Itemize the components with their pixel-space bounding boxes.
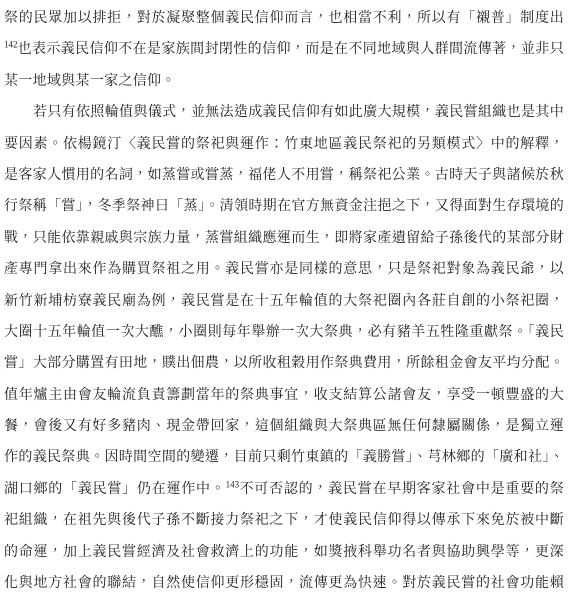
text-segment: 作的義民祭典。因時間空間的變遷，目前只剩竹東鎮的「義勝嘗」、芎林鄉的「廣和社」、 (4, 450, 564, 465)
text-line-11: 大圈十五年輪值一次大醮，小圈則每年舉辦一次大祭典，必有豬羊五牲隆重獻祭。「義民 (4, 317, 564, 348)
text-segment: 值年爐主由會友輪流負責籌劃當年的祭典事宜，收支結算公諸會友，享受一頓豐盛的大 (4, 388, 564, 403)
footnote-ref-143: 143 (226, 479, 240, 489)
document-page: 祭的民眾加以排拒，對於凝聚整個義民信仰而言，也相當不利，所以有「襯普」制度出現。… (0, 0, 568, 600)
text-line-16: 湖口鄉的「義民嘗」仍在運作中。143不可否認的，義民嘗在早期客家社會中是重要的祭 (4, 474, 564, 505)
text-line-13: 值年爐主由會友輪流負責籌劃當年的祭典事宜，收支結算公諸會友，享受一頓豐盛的大 (4, 380, 564, 411)
text-segment: 戰，只能依靠親戚與宗族力量，蒸嘗組織應運而生，即將家產遺留給子孫後代的某部分財 (4, 231, 564, 246)
text-line-19: 化與地方社會的聯結，自然使信仰更形穩固，流傳更為快速。對於義民嘗的社會功能賴 (4, 568, 564, 599)
text-line-17: 祀組織，在祖先與後代子孫不斷接力祭祀之下，才使義民信仰得以傳承下來免於被中斷 (4, 505, 564, 536)
text-body: 祭的民眾加以排拒，對於凝聚整個義民信仰而言，也相當不利，所以有「襯普」制度出現。… (4, 3, 564, 599)
text-line-14: 餐，會後又有好多豬肉、現金帶回家，這個組織與大祭典區無任何隸屬關係，是獨立運 (4, 411, 564, 442)
text-line-3: 某一地域與某一家之信仰。 (4, 66, 564, 97)
text-segment: 要因素。依楊鏡汀〈義民嘗的祭祀與運作：竹東地區義民祭祀的另類模式〉中的解釋，「嘗… (4, 137, 564, 160)
text-segment: 祭的民眾加以排拒，對於凝聚整個義民信仰而言，也相當不利，所以有「襯普」制度出現。 (4, 11, 564, 34)
text-line-8: 戰，只能依靠親戚與宗族力量，蒸嘗組織應運而生，即將家產遺留給子孫後代的某部分財 (4, 223, 564, 254)
text-segment: 餐，會後又有好多豬肉、現金帶回家，這個組織與大祭典區無任何隸屬關係，是獨立運 (4, 419, 564, 434)
text-segment: 湖口鄉的「義民嘗」仍在運作中。 (4, 482, 226, 497)
text-segment: 的命運，加上義民嘗經濟及社會救濟上的功能，如獎掖科舉功名者與協助興學等，更深 (4, 545, 564, 560)
text-segment: 新竹新埔枋寮義民廟為例，義民嘗是在十五年輪值的大祭祀圈內各莊自創的小祭祀圈， (4, 294, 564, 309)
text-segment: 也表示義民信仰不在是家族間封閉性的信仰，而是在不同地域與人群間流傳著，並非只限 (4, 42, 564, 65)
text-segment: 產專門拿出來作為購買祭祖之用。義民嘗亦是同樣的意思，只是祭祀對象為義民爺，以 (4, 262, 564, 277)
footnote-ref-142: 142 (4, 40, 18, 50)
text-segment: 是客家人慣用的名詞，如蒸嘗或嘗蒸，福佬人不用嘗，稱祭祀公業。古時天子與諸候於秋季 (4, 168, 564, 191)
text-segment: 祀組織，在祖先與後代子孫不斷接力祭祀之下，才使義民信仰得以傳承下來免於被中斷 (4, 513, 564, 528)
text-line-6: 是客家人慣用的名詞，如蒸嘗或嘗蒸，福佬人不用嘗，稱祭祀公業。古時天子與諸候於秋季 (4, 160, 564, 191)
text-line-18: 的命運，加上義民嘗經濟及社會救濟上的功能，如獎掖科舉功名者與協助興學等，更深 (4, 537, 564, 568)
text-segment: 嘗」大部分購置有田地，贌出佃農，以所收租穀用作祭典費用，所餘租金會友平均分配。 (4, 356, 564, 371)
text-line-4: 若只有依照輪值與儀式，並無法造成義民信仰有如此廣大規模，義民嘗組織也是其中重 (4, 97, 564, 128)
text-line-5: 要因素。依楊鏡汀〈義民嘗的祭祀與運作：竹東地區義民祭祀的另類模式〉中的解釋，「嘗… (4, 129, 564, 160)
text-line-10: 新竹新埔枋寮義民廟為例，義民嘗是在十五年輪值的大祭祀圈內各莊自創的小祭祀圈， (4, 286, 564, 317)
text-segment: 某一地域與某一家之信仰。 (4, 74, 176, 89)
text-line-2: 142也表示義民信仰不在是家族間封閉性的信仰，而是在不同地域與人群間流傳著，並非… (4, 34, 564, 65)
text-line-1: 祭的民眾加以排拒，對於凝聚整個義民信仰而言，也相當不利，所以有「襯普」制度出現。 (4, 3, 564, 34)
text-segment: 不可否認的，義民嘗在早期客家社會中是重要的祭 (239, 482, 564, 497)
text-line-12: 嘗」大部分購置有田地，贌出佃農，以所收租穀用作祭典費用，所餘租金會友平均分配。 (4, 348, 564, 379)
text-segment: 大圈十五年輪值一次大醮，小圈則每年舉辦一次大祭典，必有豬羊五牲隆重獻祭。「義民 (4, 325, 564, 340)
text-line-15: 作的義民祭典。因時間空間的變遷，目前只剩竹東鎮的「義勝嘗」、芎林鄉的「廣和社」、 (4, 442, 564, 473)
text-line-9: 產專門拿出來作為購買祭祖之用。義民嘗亦是同樣的意思，只是祭祀對象為義民爺，以 (4, 254, 564, 285)
text-segment: 化與地方社會的聯結，自然使信仰更形穩固，流傳更為快速。對於義民嘗的社會功能賴 (4, 576, 564, 591)
text-segment: 行祭稱「嘗」，冬季祭神曰「蒸」。清領時期在官方無資金注挹之下，又得面對生存環境的… (4, 199, 564, 222)
text-line-7: 行祭稱「嘗」，冬季祭神曰「蒸」。清領時期在官方無資金注挹之下，又得面對生存環境的… (4, 191, 564, 222)
text-segment: 若只有依照輪值與儀式，並無法造成義民信仰有如此廣大規模，義民嘗組織也是其中重 (33, 105, 564, 128)
